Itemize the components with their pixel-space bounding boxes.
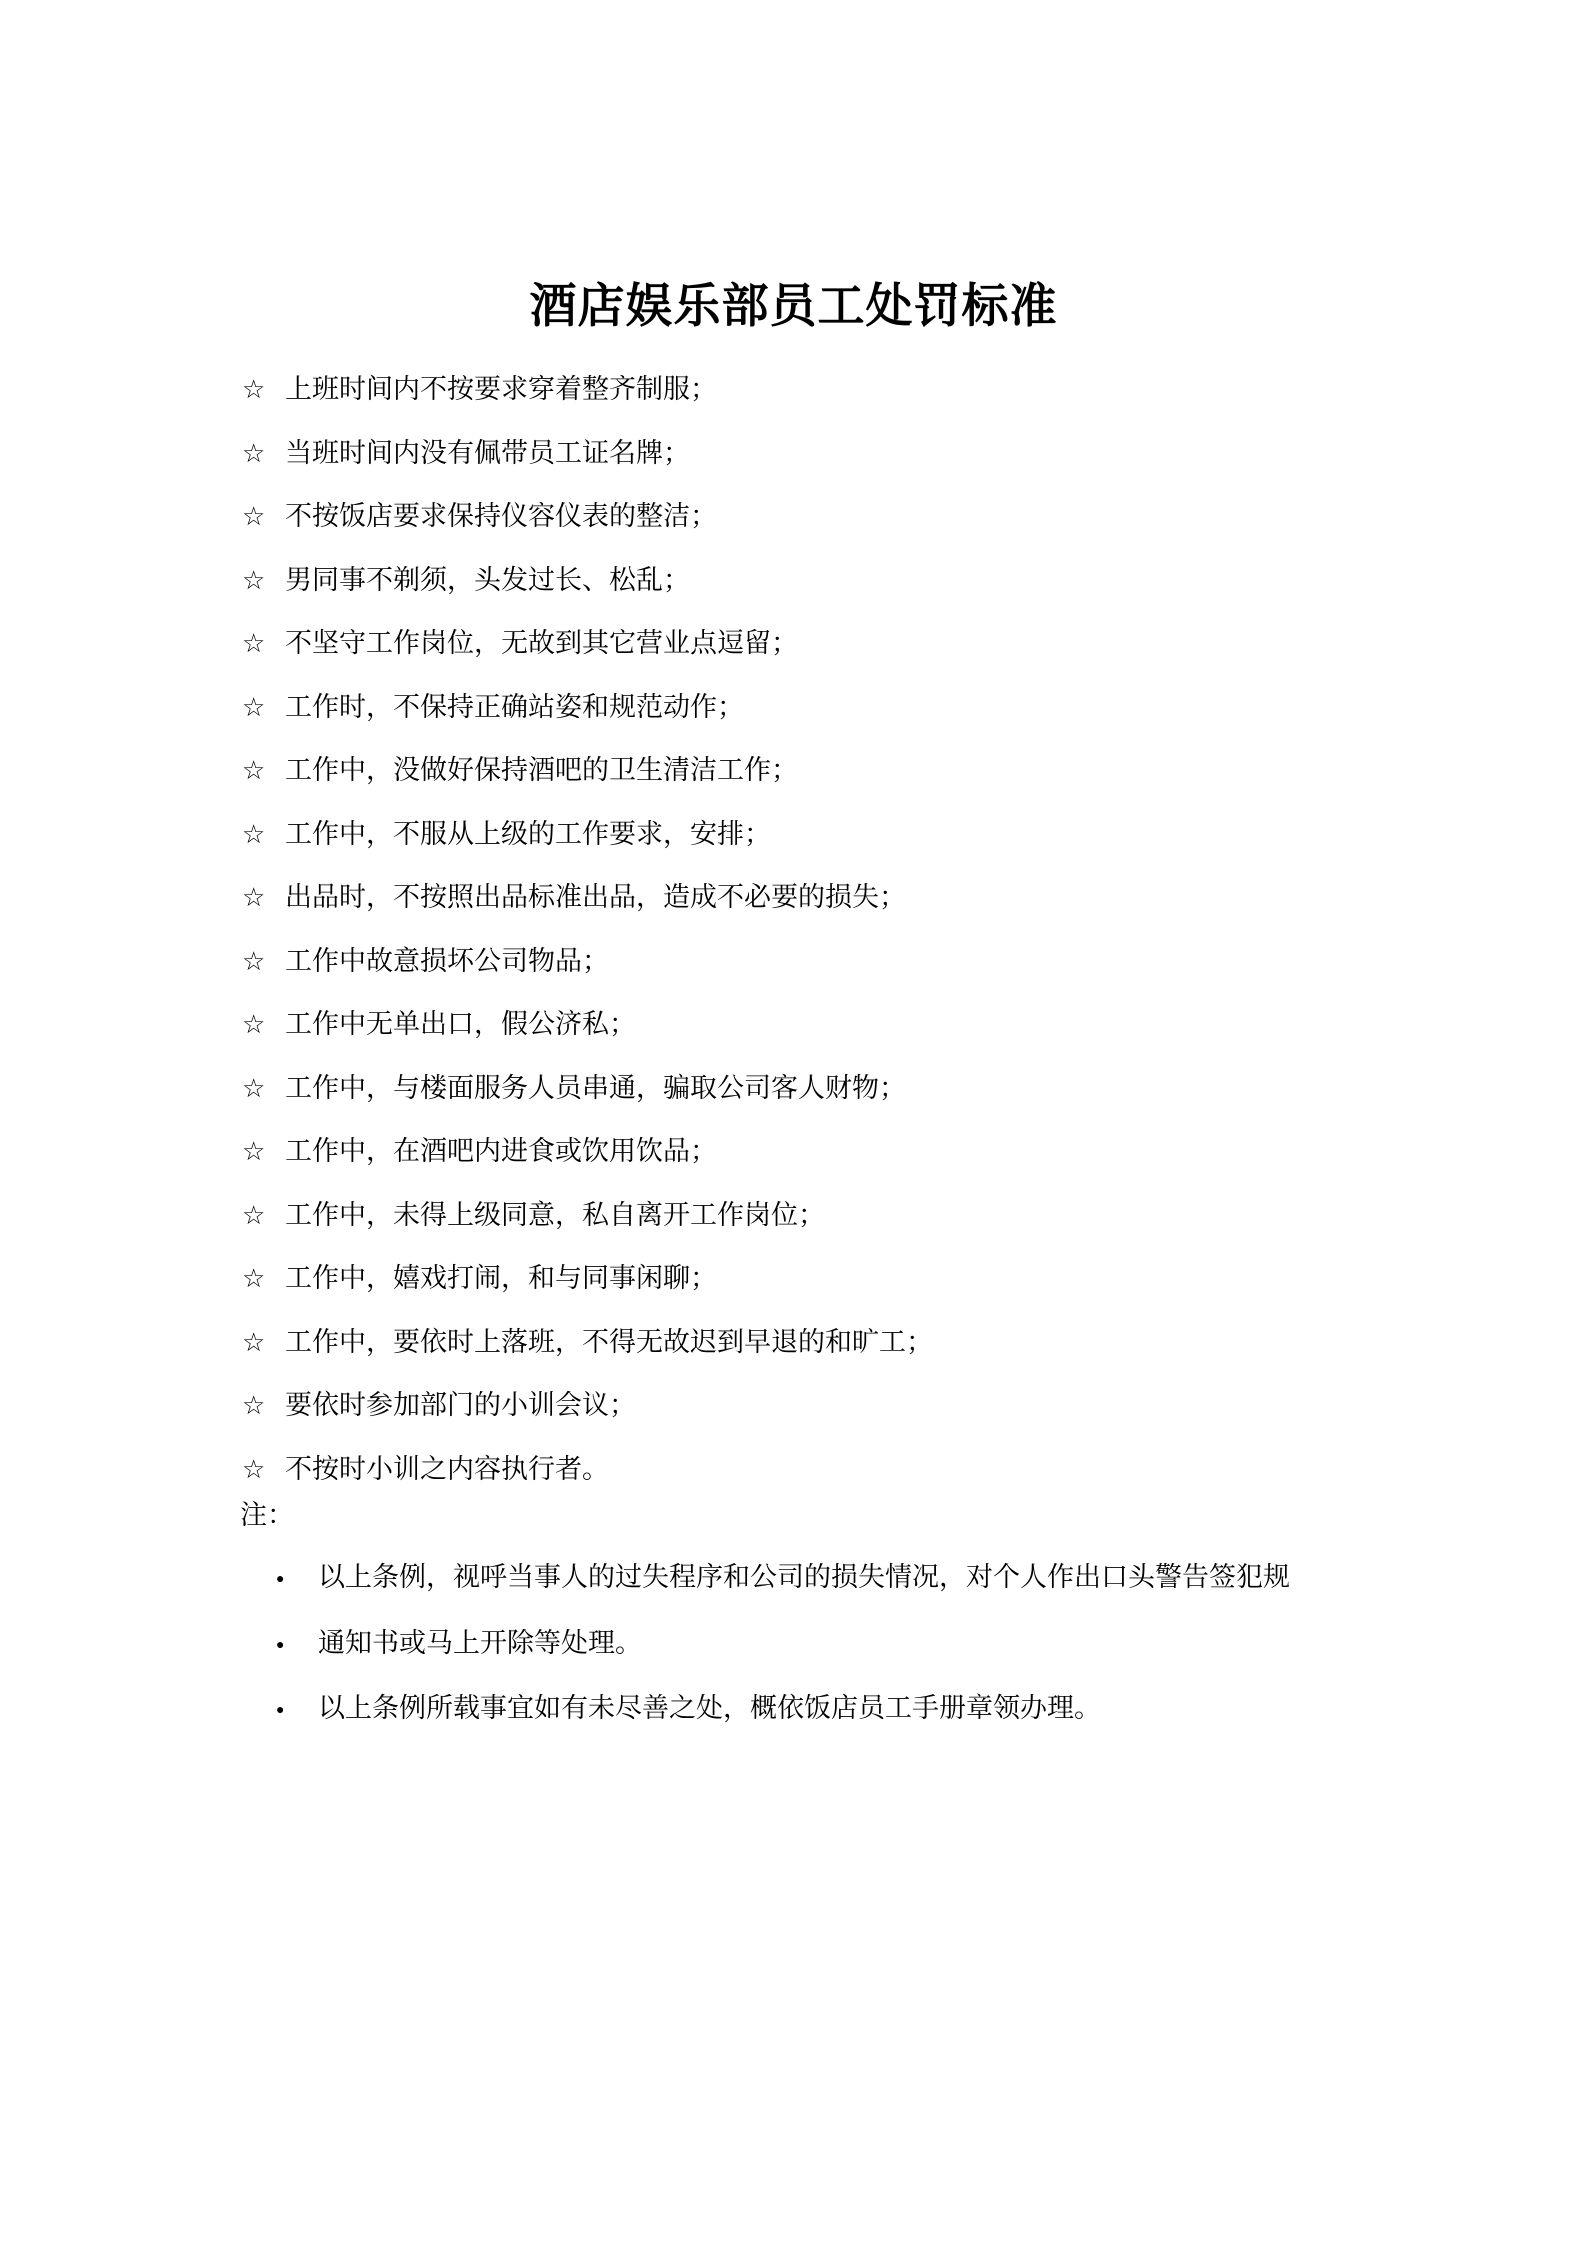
list-item-text: 工作中，在酒吧内进食或饮用饮品； xyxy=(285,1136,717,1166)
star-icon: ☆ xyxy=(242,613,285,676)
bullet-icon: ● xyxy=(276,1680,318,1743)
list-item-text: 出品时，不按照出品标准出品，造成不必要的损失； xyxy=(285,882,906,912)
star-icon: ☆ xyxy=(242,1185,285,1248)
list-item: ☆工作中，不服从上级的工作要求，安排； xyxy=(242,803,933,867)
list-item-text: 不坚守工作岗位，无故到其它营业点逗留； xyxy=(285,628,798,658)
list-item: ☆工作时，不保持正确站姿和规范动作； xyxy=(242,676,933,740)
list-item-text: 要依时参加部门的小训会议； xyxy=(285,1390,636,1420)
list-item: ☆工作中故意损坏公司物品； xyxy=(242,930,933,994)
list-item-text: 男同事不剃须，头发过长、松乱； xyxy=(285,565,690,595)
list-item-text: 工作时，不保持正确站姿和规范动作； xyxy=(285,692,744,722)
list-item: ☆男同事不剃须，头发过长、松乱； xyxy=(242,549,933,613)
page-title: 酒店娱乐部员工处罚标准 xyxy=(0,280,1587,332)
star-icon: ☆ xyxy=(242,1248,285,1311)
list-item-text: 上班时间内不按要求穿着整齐制服； xyxy=(285,374,717,404)
list-item: ☆工作中，在酒吧内进食或饮用饮品； xyxy=(242,1120,933,1184)
list-item: ☆出品时，不按照出品标准出品，造成不必要的损失； xyxy=(242,866,933,930)
list-item: ☆工作中无单出口，假公济私； xyxy=(242,993,933,1057)
list-item: ☆上班时间内不按要求穿着整齐制服； xyxy=(242,358,933,422)
star-icon: ☆ xyxy=(242,550,285,613)
star-icon: ☆ xyxy=(242,1058,285,1121)
list-item-text: 工作中，没做好保持酒吧的卫生清洁工作； xyxy=(285,755,798,785)
list-item-text: 工作中故意损坏公司物品； xyxy=(285,946,609,976)
list-item: ☆不按时小训之内容执行者。 xyxy=(242,1438,933,1502)
list-item: ☆工作中，未得上级同意，私自离开工作岗位； xyxy=(242,1184,933,1248)
note-item: ●以上条例所载事宜如有未尽善之处，概依饭店员工手册章领办理。 xyxy=(276,1677,1290,1743)
bullet-icon: ● xyxy=(276,1615,318,1678)
note-item: ●以上条例，视呼当事人的过失程序和公司的损失情况，对个人作出口头警告签犯规 xyxy=(276,1546,1290,1612)
star-icon: ☆ xyxy=(242,994,285,1057)
star-icon: ☆ xyxy=(242,804,285,867)
star-icon: ☆ xyxy=(242,423,285,486)
list-item: ☆不按饭店要求保持仪容仪表的整洁； xyxy=(242,485,933,549)
list-item-text: 不按饭店要求保持仪容仪表的整洁； xyxy=(285,501,717,531)
list-item-text: 工作中无单出口，假公济私； xyxy=(285,1009,636,1039)
violation-list: ☆上班时间内不按要求穿着整齐制服； ☆当班时间内没有佩带员工证名牌； ☆不按饭店… xyxy=(242,358,933,1501)
star-icon: ☆ xyxy=(242,1312,285,1375)
note-item: ●通知书或马上开除等处理。 xyxy=(276,1612,1290,1678)
note-list: ●以上条例，视呼当事人的过失程序和公司的损失情况，对个人作出口头警告签犯规 ●通… xyxy=(276,1546,1290,1743)
star-icon: ☆ xyxy=(242,867,285,930)
list-item: ☆工作中，没做好保持酒吧的卫生清洁工作； xyxy=(242,739,933,803)
note-item-text: 以上条例，视呼当事人的过失程序和公司的损失情况，对个人作出口头警告签犯规 xyxy=(318,1562,1290,1592)
list-item: ☆工作中，要依时上落班，不得无故迟到早退的和旷工； xyxy=(242,1311,933,1375)
star-icon: ☆ xyxy=(242,1121,285,1184)
note-label: 注： xyxy=(240,1484,294,1547)
list-item-text: 当班时间内没有佩带员工证名牌； xyxy=(285,438,690,468)
list-item-text: 工作中，要依时上落班，不得无故迟到早退的和旷工； xyxy=(285,1327,933,1357)
list-item-text: 工作中，不服从上级的工作要求，安排； xyxy=(285,819,771,849)
list-item: ☆工作中，嬉戏打闹，和与同事闲聊； xyxy=(242,1247,933,1311)
note-item-text: 通知书或马上开除等处理。 xyxy=(318,1628,642,1658)
star-icon: ☆ xyxy=(242,740,285,803)
bullet-icon: ● xyxy=(276,1549,318,1612)
list-item-text: 不按时小训之内容执行者。 xyxy=(285,1454,609,1484)
list-item: ☆不坚守工作岗位，无故到其它营业点逗留； xyxy=(242,612,933,676)
document-page: 酒店娱乐部员工处罚标准 ☆上班时间内不按要求穿着整齐制服； ☆当班时间内没有佩带… xyxy=(0,0,1587,2245)
list-item-text: 工作中，嬉戏打闹，和与同事闲聊； xyxy=(285,1263,717,1293)
star-icon: ☆ xyxy=(242,677,285,740)
list-item: ☆要依时参加部门的小训会议； xyxy=(242,1374,933,1438)
list-item: ☆当班时间内没有佩带员工证名牌； xyxy=(242,422,933,486)
list-item-text: 工作中，与楼面服务人员串通，骗取公司客人财物； xyxy=(285,1073,906,1103)
list-item-text: 工作中，未得上级同意，私自离开工作岗位； xyxy=(285,1200,825,1230)
note-item-text: 以上条例所载事宜如有未尽善之处，概依饭店员工手册章领办理。 xyxy=(318,1693,1101,1723)
star-icon: ☆ xyxy=(242,1375,285,1438)
star-icon: ☆ xyxy=(242,931,285,994)
star-icon: ☆ xyxy=(242,359,285,422)
list-item: ☆工作中，与楼面服务人员串通，骗取公司客人财物； xyxy=(242,1057,933,1121)
star-icon: ☆ xyxy=(242,486,285,549)
